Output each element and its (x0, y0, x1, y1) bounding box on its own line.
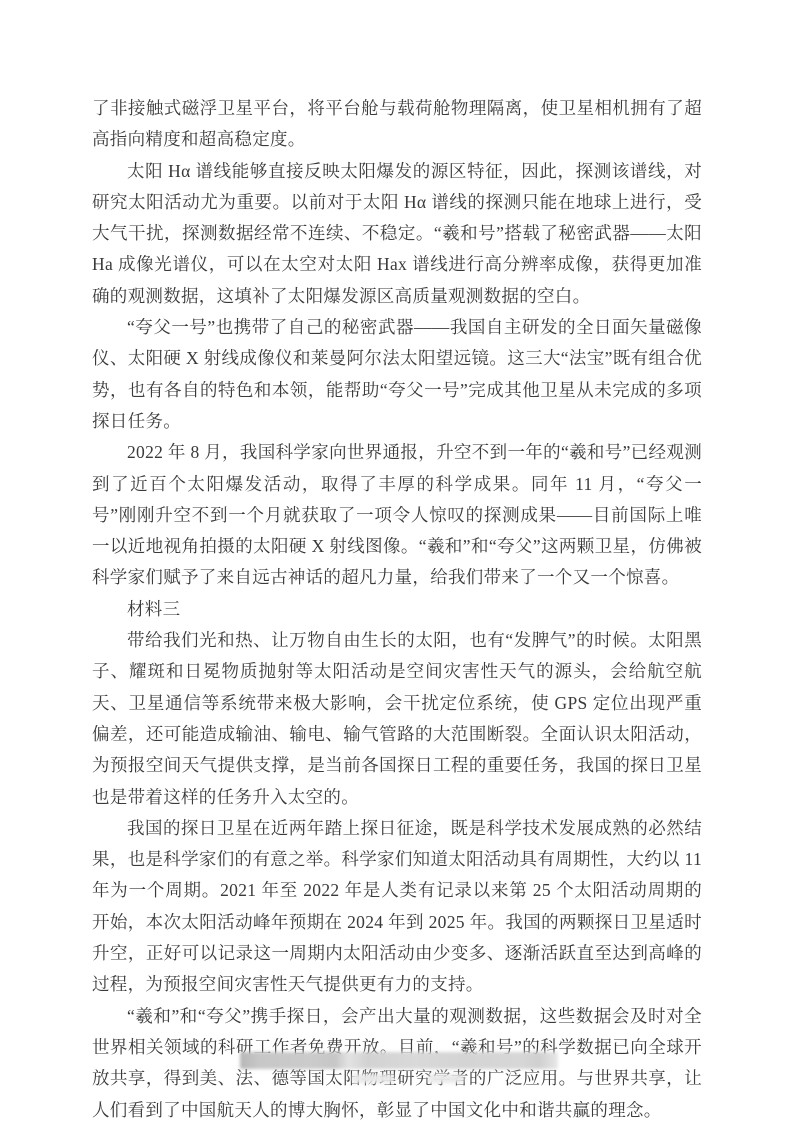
blurred-watermark (240, 1052, 558, 1069)
paragraph: 带给我们光和热、让万物自由生长的太阳，也有“发脾气”的时候。太阳黑子、耀斑和日冕… (92, 625, 702, 813)
scanned-document-page: { "page": { "background_color": "#ffffff… (0, 0, 793, 1122)
blurred-watermark-smudge (352, 1074, 394, 1083)
paragraph: 我国的探日卫星在近两年踏上探日征途，既是科学技术发展成熟的必然结果，也是科学家们… (92, 813, 702, 1001)
document-body: 了非接触式磁浮卫星平台，将平台舱与载荷舱物理隔离，使卫星相机拥有了超高指向精度和… (92, 93, 702, 1122)
paragraph: 材料三 (92, 594, 702, 625)
paragraph: “夸父一号”也携带了自己的秘密武器——我国自主研发的全日面矢量磁像仪、太阳硬 X… (92, 312, 702, 437)
blurred-watermark-smudge (428, 1074, 464, 1083)
paragraph: 太阳 Hα 谱线能够直接反映太阳爆发的源区特征，因此，探测该谱线，对研究太阳活动… (92, 156, 702, 312)
paragraph: 2022 年 8 月，我国科学家向世界通报，升空不到一年的“羲和号”已经观测到了… (92, 437, 702, 593)
page-margins: 了非接触式磁浮卫星平台，将平台舱与载荷舱物理隔离，使卫星相机拥有了超高指向精度和… (0, 0, 793, 1122)
paragraph: 了非接触式磁浮卫星平台，将平台舱与载荷舱物理隔离，使卫星相机拥有了超高指向精度和… (92, 93, 702, 156)
